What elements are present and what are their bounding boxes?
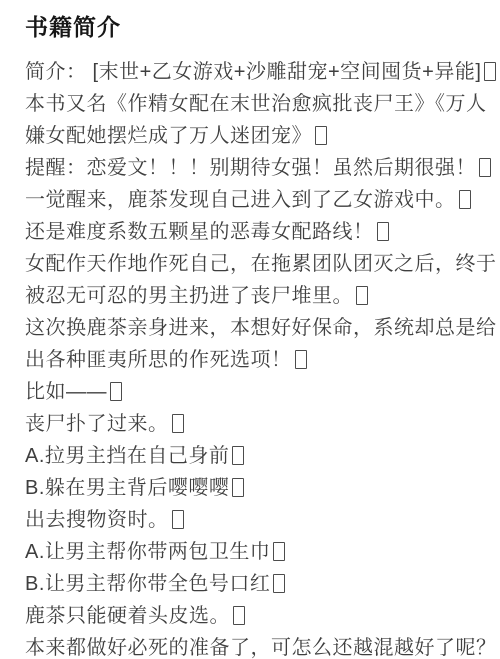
- text-line-content: 这次换鹿茶亲身进来，本想好好保命，系统却总是给: [25, 317, 497, 339]
- missing-glyph-box: [315, 126, 327, 145]
- text-line-content: 被忍无可忍的男主扔进了丧尸堆里。: [25, 285, 353, 307]
- text-line: 本来都做好必死的准备了，可怎么还越混越好了呢？: [25, 632, 500, 659]
- text-line: A.拉男主挡在自己身前: [25, 440, 500, 472]
- text-line: 一觉醒来，鹿茶发现自己进入到了乙女游戏中。: [25, 184, 500, 216]
- text-line: A.让男主帮你带两包卫生巾: [25, 536, 500, 568]
- missing-glyph-box: [459, 190, 471, 209]
- text-line: 出各种匪夷所思的作死选项！: [25, 344, 500, 376]
- missing-glyph-box: [233, 606, 245, 625]
- text-line-content: B.让男主帮你带全色号口红: [25, 573, 270, 595]
- missing-glyph-box: [295, 350, 307, 369]
- text-line: 丧尸扑了过来。: [25, 408, 500, 440]
- text-line: 提醒：恋爱文！！！别期待女强！虽然后期很强！: [25, 152, 500, 184]
- missing-glyph-box: [479, 158, 491, 177]
- text-line: 本书又名《作精女配在末世治愈疯批丧尸王》《万人: [25, 88, 500, 120]
- missing-glyph-box: [484, 62, 496, 81]
- text-line: 嫌女配她摆烂成了万人迷团宠》: [25, 120, 500, 152]
- text-line: 简介： [末世+乙女游戏+沙雕甜宠+空间囤货+异能]: [25, 56, 500, 88]
- missing-glyph-box: [377, 222, 389, 241]
- missing-glyph-box: [232, 478, 244, 497]
- text-line: 女配作天作地作死自己，在拖累团队团灭之后，终于: [25, 248, 500, 280]
- text-line-content: 比如——: [25, 381, 107, 403]
- text-line: 出去搜物资时。: [25, 504, 500, 536]
- text-line: 这次换鹿茶亲身进来，本想好好保命，系统却总是给: [25, 312, 500, 344]
- missing-glyph-box: [356, 286, 368, 305]
- missing-glyph-box: [273, 542, 285, 561]
- text-line-content: 女配作天作地作死自己，在拖累团队团灭之后，终于: [25, 253, 497, 275]
- text-line: B.躲在男主背后嘤嘤嘤: [25, 472, 500, 504]
- text-line: 被忍无可忍的男主扔进了丧尸堆里。: [25, 280, 500, 312]
- text-line-content: 鹿茶只能硬着头皮选。: [25, 605, 230, 627]
- text-line-content: A.让男主帮你带两包卫生巾: [25, 541, 270, 563]
- text-line: 比如——: [25, 376, 500, 408]
- text-line-content: 一觉醒来，鹿茶发现自己进入到了乙女游戏中。: [25, 189, 456, 211]
- text-line-content: 本来都做好必死的准备了，可怎么还越混越好了呢？: [25, 637, 497, 659]
- text-line-content: 还是难度系数五颗星的恶毒女配路线！: [25, 221, 374, 243]
- text-line-content: 本书又名《作精女配在末世治愈疯批丧尸王》《万人: [25, 93, 487, 115]
- missing-glyph-box: [172, 510, 184, 529]
- page-title: 书籍简介: [25, 13, 500, 41]
- text-line-content: 丧尸扑了过来。: [25, 413, 169, 435]
- text-line-content: 提醒：恋爱文！！！别期待女强！虽然后期很强！: [25, 157, 476, 179]
- text-line-content: 简介： [末世+乙女游戏+沙雕甜宠+空间囤货+异能]: [25, 61, 481, 83]
- book-intro-page: 书籍简介 简介： [末世+乙女游戏+沙雕甜宠+空间囤货+异能]本书又名《作精女配…: [0, 0, 500, 659]
- text-line-content: A.拉男主挡在自己身前: [25, 445, 229, 467]
- text-line-content: 出去搜物资时。: [25, 509, 169, 531]
- intro-text-block: 简介： [末世+乙女游戏+沙雕甜宠+空间囤货+异能]本书又名《作精女配在末世治愈…: [25, 56, 500, 659]
- text-line-content: 嫌女配她摆烂成了万人迷团宠》: [25, 125, 312, 147]
- text-line: 鹿茶只能硬着头皮选。: [25, 600, 500, 632]
- missing-glyph-box: [232, 446, 244, 465]
- missing-glyph-box: [110, 382, 122, 401]
- missing-glyph-box: [172, 414, 184, 433]
- text-line-content: B.躲在男主背后嘤嘤嘤: [25, 477, 229, 499]
- text-line: 还是难度系数五颗星的恶毒女配路线！: [25, 216, 500, 248]
- text-line-content: 出各种匪夷所思的作死选项！: [25, 349, 292, 371]
- missing-glyph-box: [273, 574, 285, 593]
- text-line: B.让男主帮你带全色号口红: [25, 568, 500, 600]
